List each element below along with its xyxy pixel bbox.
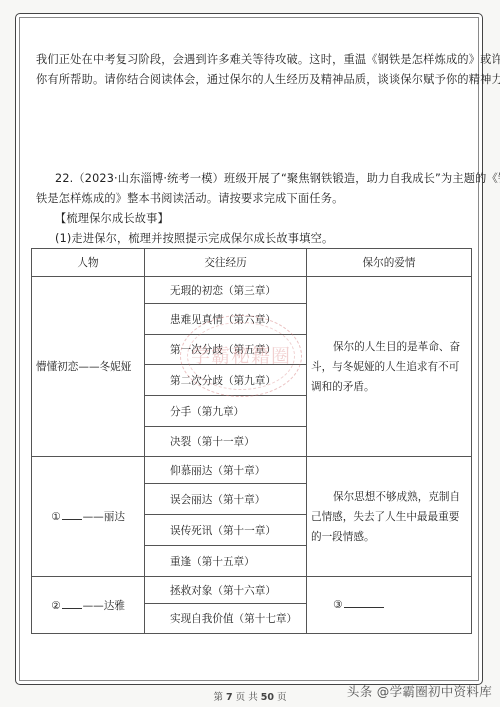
- header-experience: 交往经历: [145, 249, 307, 277]
- experience-cell: 第二次分歧（第九章）: [145, 365, 307, 396]
- experience-cell: 拯救对象（第十六章）: [145, 577, 307, 604]
- person-rita: ①——丽达: [32, 457, 145, 577]
- question-line-2: 铁是怎样炼成的》整本书阅读活动。请按要求完成下面任务。: [36, 192, 343, 206]
- love-cell-rita: 保尔思想不够成熟，克制自己情感，失去了人生中最最重要的一段情感。: [307, 457, 472, 577]
- experience-cell: 仰慕丽达（第十章）: [145, 457, 307, 484]
- intro-line-2: 你有所帮助。请你结合阅读体会，通过保尔的人生经历及精神品质，谈谈保尔赋予你的精神…: [36, 73, 500, 87]
- person-daya: ②——达雅: [32, 577, 145, 634]
- experience-cell: 误会丽达（第十章）: [145, 484, 307, 515]
- table-header-row: 人物 交往经历 保尔的爱情: [32, 249, 472, 277]
- experience-cell: 患难见真情（第六章）: [145, 304, 307, 335]
- question-line-1: 22.（2023·山东淄博·统考一模）班级开展了“聚焦钢铁锻造，助力自我成长”为…: [55, 172, 500, 186]
- person-suffix: ——丽达: [83, 511, 125, 523]
- footer-middle: 页 共: [236, 692, 258, 703]
- fill-blank-3[interactable]: [344, 598, 384, 608]
- love-cell-tonya: 保尔的人生目的是革命、奋斗，与冬妮娅的人生追求有不可调和的矛盾。: [307, 277, 472, 457]
- story-table: 人物 交往经历 保尔的爱情 懵懂初恋——冬妮娅 无瑕的初恋（第三章） 保尔的人生…: [31, 248, 472, 634]
- blank-number-1: ①: [51, 511, 61, 523]
- table-row: 懵懂初恋——冬妮娅 无瑕的初恋（第三章） 保尔的人生目的是革命、奋斗，与冬妮娅的…: [32, 277, 472, 304]
- experience-cell: 决裂（第十一章）: [145, 427, 307, 457]
- section-title: 【梳理保尔成长故事】: [55, 212, 169, 226]
- person-suffix: ——达雅: [83, 600, 125, 612]
- brand-watermark: 头条 @学霸圈初中资料库: [347, 682, 492, 700]
- experience-cell: 实现自我价值（第十七章）: [145, 604, 307, 634]
- experience-cell: 第一次分歧（第五章）: [145, 335, 307, 365]
- person-tonya: 懵懂初恋——冬妮娅: [32, 277, 145, 457]
- experience-cell: 无瑕的初恋（第三章）: [145, 277, 307, 304]
- experience-cell: 误传死讯（第十一章）: [145, 515, 307, 546]
- fill-blank-1[interactable]: [62, 510, 82, 520]
- subtask-instruction: (1)走进保尔，梳理并按照提示完成保尔成长故事填空。: [55, 232, 333, 246]
- love-text: 保尔思想不够成熟，克制自己情感，失去了人生中最最重要的一段情感。: [311, 491, 460, 543]
- experience-cell: 分手（第九章）: [145, 396, 307, 427]
- header-person: 人物: [32, 249, 145, 277]
- footer-prefix: 第: [214, 692, 224, 703]
- table-row: ①——丽达 仰慕丽达（第十章） 保尔思想不够成熟，克制自己情感，失去了人生中最最…: [32, 457, 472, 484]
- fill-blank-2[interactable]: [62, 599, 82, 609]
- experience-cell: 重逢（第十五章）: [145, 546, 307, 577]
- table-row: ②——达雅 拯救对象（第十六章） ③: [32, 577, 472, 604]
- current-page-number: 7: [226, 692, 233, 703]
- blank-number-3: ③: [333, 599, 343, 611]
- love-text: 保尔的人生目的是革命、奋斗，与冬妮娅的人生追求有不可调和的矛盾。: [311, 341, 460, 393]
- love-cell-daya: ③: [307, 577, 472, 634]
- intro-line-1: 我们正处在中考复习阶段，会遇到许多难关等待攻破。这时，重温《钢铁是怎样炼成的》或…: [36, 53, 500, 67]
- blank-number-2: ②: [51, 600, 61, 612]
- footer-suffix: 页: [277, 692, 287, 703]
- header-love: 保尔的爱情: [307, 249, 472, 277]
- total-pages: 50: [261, 692, 274, 703]
